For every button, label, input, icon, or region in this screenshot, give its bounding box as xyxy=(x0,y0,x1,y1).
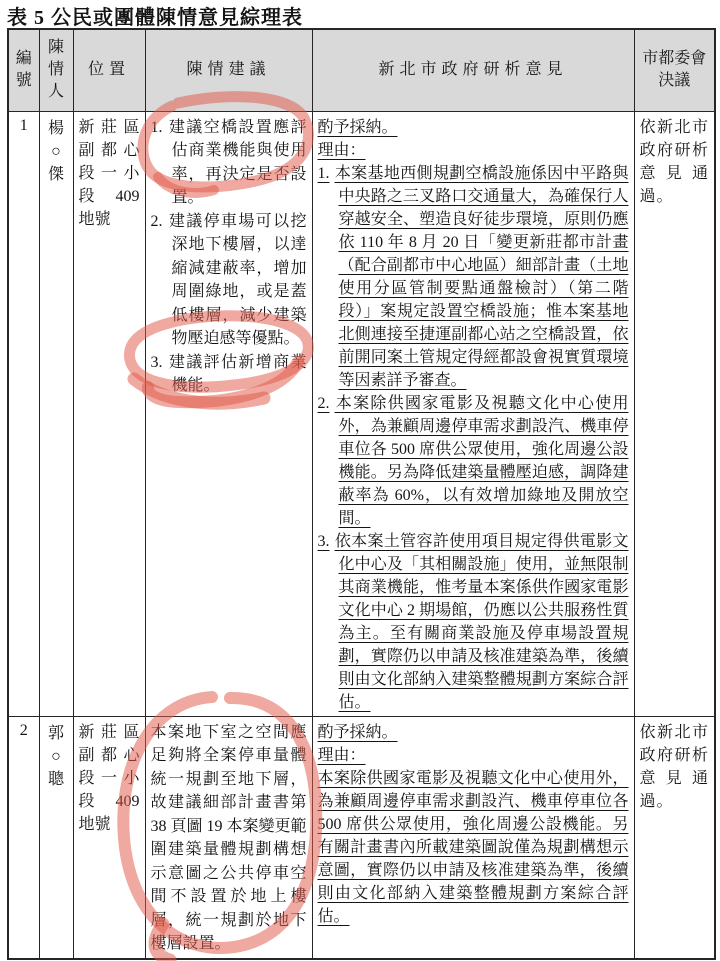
row1-location: 新莊區副都心段一小段 409 地號 xyxy=(73,111,145,716)
table-row: 2 郭○聰 新莊區副都心段一小段 409 地號 本案地下室之空間應足夠將全案停車… xyxy=(8,716,715,959)
petitioner-name: 楊○傑 xyxy=(47,117,65,186)
col-header-analysis: 新北市政府研析意見 xyxy=(312,29,634,111)
row2-suggestion: 本案地下室之空間應足夠將全案停車量體統一規劃至地下層，故建議細部計畫書第38 頁… xyxy=(145,716,312,959)
row1-resolution: 依新北市政府研析意見通過。 xyxy=(634,111,715,716)
page-title: 表 5 公民或團體陳情意見綜理表 xyxy=(7,1,303,30)
col-header-suggestion: 陳情建議 xyxy=(145,29,312,111)
analysis-reason-label: 理由： xyxy=(318,139,629,162)
analysis-verdict: 酌予採納。 xyxy=(318,721,629,744)
analysis-verdict: 酌予採納。 xyxy=(318,116,629,139)
row2-resolution: 依新北市政府研析意見通過。 xyxy=(634,716,715,959)
analysis-reason-label: 理由： xyxy=(318,744,629,767)
col-header-resolution: 市都委會決議 xyxy=(634,29,715,111)
analysis-body: 本案除供國家電影及視聽文化中心使用外，為兼顧周邊停車需求劃設汽、機車停車位各 5… xyxy=(318,767,629,928)
suggestion-item: 2.建議停車場可以挖深地下樓層，以達縮減建蔽率，增加周圍綠地，或是蓋低樓層，減少… xyxy=(151,210,307,351)
row1-petitioner: 楊○傑 xyxy=(39,111,73,716)
row2-no: 2 xyxy=(8,716,39,959)
header-row: 編號 陳情人 位置 陳情建議 新北市政府研析意見 市都委會決議 xyxy=(8,29,715,111)
row2-petitioner: 郭○聰 xyxy=(39,716,73,959)
row2-analysis: 酌予採納。 理由： 本案除供國家電影及視聽文化中心使用外，為兼顧周邊停車需求劃設… xyxy=(312,716,634,959)
petitioner-name: 郭○聰 xyxy=(47,722,65,791)
analysis-item: 1.本案基地西側規劃空橋設施係因中平路與中央路之三叉路口交通量大，為確保行人穿越… xyxy=(318,162,629,392)
analysis-item: 3.依本案土管容許使用項目規定得供電影文化中心及「其相關設施」使用，並無限制其商… xyxy=(318,530,629,714)
document-page: 表 5 公民或團體陳情意見綜理表 編號 陳情人 位置 陳情建議 新北市政府研析意… xyxy=(0,0,720,961)
suggestion-item: 3.建議評估新增商業機能。 xyxy=(151,351,307,398)
col-header-no: 編號 xyxy=(8,29,39,111)
col-header-petitioner: 陳情人 xyxy=(39,29,73,111)
row1-suggestion: 1.建議空橋設置應評估商業機能與使用率，再決定是否設置。 2.建議停車場可以挖深… xyxy=(145,111,312,716)
petition-summary-table: 編號 陳情人 位置 陳情建議 新北市政府研析意見 市都委會決議 1 楊○傑 新莊… xyxy=(7,28,716,960)
row1-no: 1 xyxy=(8,111,39,716)
col-header-location: 位置 xyxy=(73,29,145,111)
analysis-item: 2.本案除供國家電影及視聽文化中心使用外，為兼顧周邊停車需求劃設汽、機車停車位各… xyxy=(318,392,629,530)
row1-analysis: 酌予採納。 理由： 1.本案基地西側規劃空橋設施係因中平路與中央路之三叉路口交通… xyxy=(312,111,634,716)
row2-location: 新莊區副都心段一小段 409 地號 xyxy=(73,716,145,959)
suggestion-item: 1.建議空橋設置應評估商業機能與使用率，再決定是否設置。 xyxy=(151,116,307,210)
table-row: 1 楊○傑 新莊區副都心段一小段 409 地號 1.建議空橋設置應評估商業機能與… xyxy=(8,111,715,716)
